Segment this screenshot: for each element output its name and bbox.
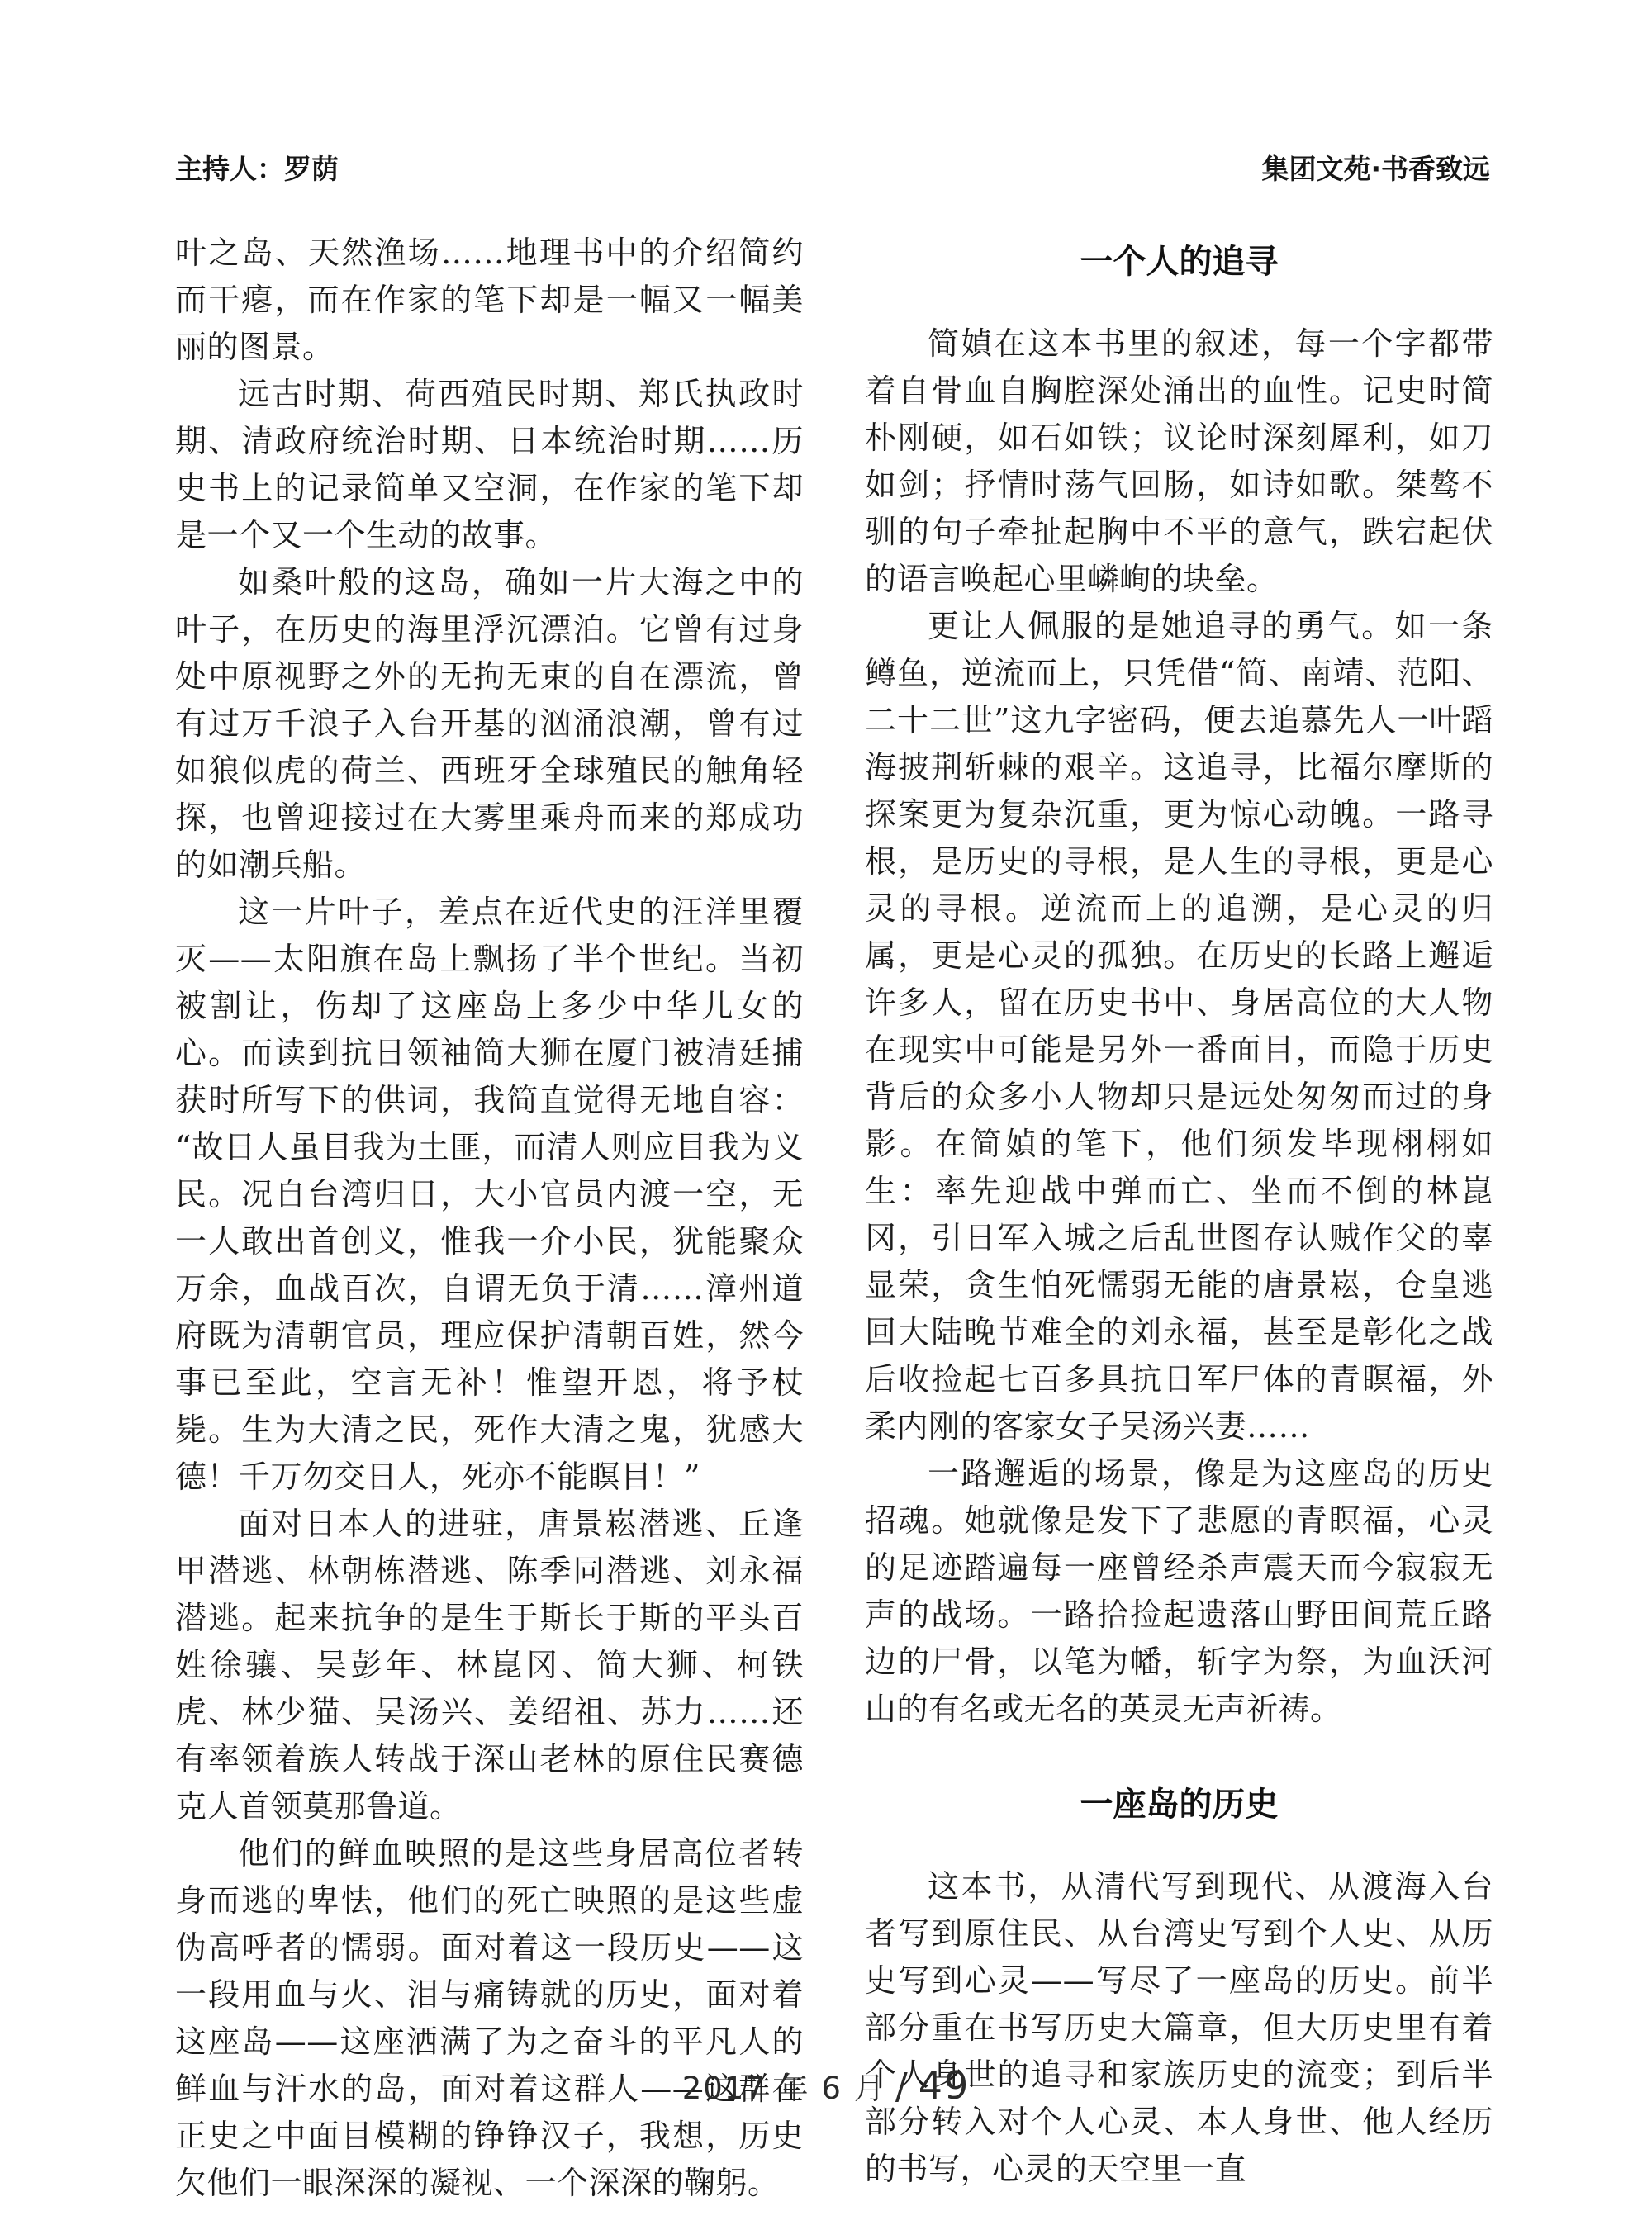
- paragraph: 面对日本人的进驻，唐景崧潜逃、丘逢甲潜逃、林朝栋潜逃、陈季同潜逃、刘永福潜逃。起…: [175, 1501, 804, 1830]
- right-column: 一个人的追寻简媜在这本书里的叙述，每一个字都带着自骨血自胸腔深处涌出的血性。记史…: [865, 230, 1493, 2207]
- paragraph: 这一片叶子，差点在近代史的汪洋里覆灭——太阳旗在岛上飘扬了半个世纪。当初被割让，…: [175, 889, 804, 1501]
- section-heading: 一座岛的历史: [865, 1781, 1493, 1829]
- running-head-section-title: 集团文苑·书香致远: [1261, 152, 1490, 187]
- footer-slash: /: [892, 2066, 913, 2108]
- magazine-page: 主持人：罗荫 集团文苑·书香致远 叶之岛、天然渔场……地理书中的介绍简约而干瘪，…: [0, 0, 1652, 2225]
- paragraph: 更让人佩服的是她追寻的勇气。如一条鳟鱼，逆流而上，只凭借“简、南靖、范阳、二十二…: [865, 603, 1493, 1450]
- running-head-host: 主持人：罗荫: [175, 152, 339, 187]
- paragraph: 他们的鲜血映照的是这些身居高位者转身而逃的卑怯，他们的死亡映照的是这些虚伪高呼者…: [175, 1830, 804, 2207]
- footer-page-number: 49: [919, 2063, 971, 2108]
- paragraph: 远古时期、荷西殖民时期、郑氏执政时期、清政府统治时期、日本统治时期……历史书上的…: [175, 371, 804, 559]
- paragraph: 叶之岛、天然渔场……地理书中的介绍简约而干瘪，而在作家的笔下却是一幅又一幅美丽的…: [175, 230, 804, 371]
- paragraph: 如桑叶般的这岛，确如一片大海之中的叶子，在历史的海里浮沉漂泊。它曾有过身处中原视…: [175, 559, 804, 889]
- left-column: 叶之岛、天然渔场……地理书中的介绍简约而干瘪，而在作家的笔下却是一幅又一幅美丽的…: [175, 230, 804, 2207]
- paragraph: 这本书，从清代写到现代、从渡海入台者写到原住民、从台湾史写到个人史、从历史写到心…: [865, 1863, 1493, 2193]
- article-section: 一个人的追寻简媜在这本书里的叙述，每一个字都带着自骨血自胸腔深处涌出的血性。记史…: [865, 238, 1493, 1733]
- running-head: 主持人：罗荫 集团文苑·书香致远: [175, 152, 1490, 187]
- article-body: 叶之岛、天然渔场……地理书中的介绍简约而干瘪，而在作家的笔下却是一幅又一幅美丽的…: [175, 230, 1490, 2207]
- paragraph: 一路邂逅的场景，像是为这座岛的历史招魂。她就像是发下了悲愿的青瞑福，心灵的足迹踏…: [865, 1450, 1493, 1733]
- footer-date: 2017 年 6 月: [682, 2071, 886, 2106]
- section-heading: 一个人的追寻: [865, 238, 1493, 286]
- article-section: 一座岛的历史这本书，从清代写到现代、从渡海入台者写到原住民、从台湾史写到个人史、…: [865, 1781, 1493, 2193]
- page-footer: 2017 年 6 月 / 49: [0, 2063, 1652, 2108]
- paragraph: 简媜在这本书里的叙述，每一个字都带着自骨血自胸腔深处涌出的血性。记史时简朴刚硬，…: [865, 320, 1493, 603]
